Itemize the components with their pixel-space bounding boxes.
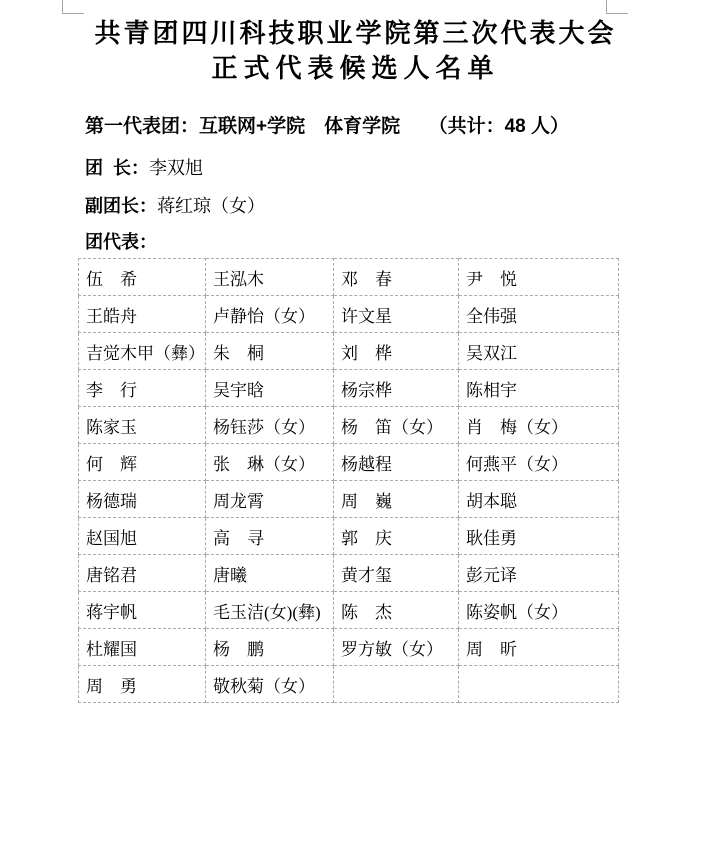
delegate-name-cell — [459, 666, 619, 703]
delegate-name-cell: 郭 庆 — [334, 518, 459, 555]
delegate-name-cell: 李 行 — [79, 370, 206, 407]
leader-label: 团 长： — [85, 158, 149, 178]
table-row: 赵国旭高 寻郭 庆耿佳勇 — [79, 518, 619, 555]
delegate-name-cell: 赵国旭 — [79, 518, 206, 555]
title-line-1: 共青团四川科技职业学院第三次代表大会 — [0, 16, 711, 51]
delegate-name-cell: 杨 笛（女） — [334, 407, 459, 444]
title-line-2: 正式代表候选人名单 — [0, 51, 711, 86]
delegate-name-cell: 杨德瑞 — [79, 481, 206, 518]
table-row: 杨德瑞周龙霄周 巍胡本聪 — [79, 481, 619, 518]
document-title: 共青团四川科技职业学院第三次代表大会 正式代表候选人名单 — [0, 16, 711, 86]
text-boundary-mark-left — [62, 0, 84, 14]
delegate-name-cell: 胡本聪 — [459, 481, 619, 518]
delegate-name-cell: 何燕平（女） — [459, 444, 619, 481]
delegates-table-body: 伍 希王泓木邓 春尹 悦王皓舟卢静怡（女）许文星全伟强吉觉木甲（彝）朱 桐刘 桦… — [79, 259, 619, 703]
table-row: 周 勇敬秋菊（女） — [79, 666, 619, 703]
deputy-leader-line: 副团长：蒋红琼（女） — [85, 194, 265, 218]
document-page: 共青团四川科技职业学院第三次代表大会 正式代表候选人名单 第一代表团：互联网+学… — [0, 0, 711, 850]
leader-name: 李双旭 — [149, 158, 203, 178]
delegate-name-cell: 毛玉洁(女)(彝) — [206, 592, 334, 629]
table-row: 李 行吴宇晗杨宗桦陈相宇 — [79, 370, 619, 407]
table-row: 蒋宇帆毛玉洁(女)(彝)陈 杰陈姿帆（女） — [79, 592, 619, 629]
delegate-name-cell: 朱 桐 — [206, 333, 334, 370]
delegate-name-cell: 周龙霄 — [206, 481, 334, 518]
delegate-name-cell: 陈 杰 — [334, 592, 459, 629]
deputy-leader-name: 蒋红琼（女） — [157, 196, 265, 216]
table-row: 何 辉张 琳（女）杨越程何燕平（女） — [79, 444, 619, 481]
leader-line: 团 长：李双旭 — [85, 156, 203, 180]
delegate-name-cell: 陈家玉 — [79, 407, 206, 444]
delegate-name-cell: 杨钰莎（女） — [206, 407, 334, 444]
delegate-name-cell: 陈相宇 — [459, 370, 619, 407]
table-row: 吉觉木甲（彝）朱 桐刘 桦吴双江 — [79, 333, 619, 370]
delegate-name-cell: 罗方敏（女） — [334, 629, 459, 666]
delegate-name-cell: 张 琳（女） — [206, 444, 334, 481]
delegate-name-cell: 何 辉 — [79, 444, 206, 481]
delegate-name-cell: 吴宇晗 — [206, 370, 334, 407]
delegate-name-cell: 全伟强 — [459, 296, 619, 333]
delegate-name-cell: 王皓舟 — [79, 296, 206, 333]
delegate-name-cell: 周 昕 — [459, 629, 619, 666]
text-boundary-mark-right — [606, 0, 628, 14]
delegate-name-cell: 高 寻 — [206, 518, 334, 555]
delegate-name-cell: 王泓木 — [206, 259, 334, 296]
delegate-name-cell: 邓 春 — [334, 259, 459, 296]
delegates-label-line: 团代表： — [85, 230, 157, 254]
delegate-name-cell: 周 巍 — [334, 481, 459, 518]
delegates-label: 团代表： — [85, 232, 157, 252]
delegate-name-cell: 杜耀国 — [79, 629, 206, 666]
delegate-name-cell: 吴双江 — [459, 333, 619, 370]
delegate-name-cell: 肖 梅（女） — [459, 407, 619, 444]
delegate-name-cell: 黄才玺 — [334, 555, 459, 592]
delegate-name-cell: 杨 鹏 — [206, 629, 334, 666]
table-row: 伍 希王泓木邓 春尹 悦 — [79, 259, 619, 296]
delegate-name-cell: 唐曦 — [206, 555, 334, 592]
table-row: 杜耀国杨 鹏罗方敏（女）周 昕 — [79, 629, 619, 666]
delegate-name-cell: 许文星 — [334, 296, 459, 333]
delegate-name-cell: 敬秋菊（女） — [206, 666, 334, 703]
delegate-name-cell: 唐铭君 — [79, 555, 206, 592]
delegate-name-cell: 吉觉木甲（彝） — [79, 333, 206, 370]
delegate-name-cell — [334, 666, 459, 703]
delegate-name-cell: 耿佳勇 — [459, 518, 619, 555]
delegate-name-cell: 杨宗桦 — [334, 370, 459, 407]
delegate-name-cell: 蒋宇帆 — [79, 592, 206, 629]
delegate-name-cell: 彭元译 — [459, 555, 619, 592]
table-row: 王皓舟卢静怡（女）许文星全伟强 — [79, 296, 619, 333]
delegation-heading: 第一代表团：互联网+学院 体育学院 （共计：48 人） — [85, 115, 569, 139]
delegate-name-cell: 周 勇 — [79, 666, 206, 703]
delegate-name-cell: 尹 悦 — [459, 259, 619, 296]
deputy-leader-label: 副团长： — [85, 196, 157, 216]
delegate-name-cell: 卢静怡（女） — [206, 296, 334, 333]
table-row: 唐铭君唐曦黄才玺彭元译 — [79, 555, 619, 592]
delegate-name-cell: 伍 希 — [79, 259, 206, 296]
delegates-table: 伍 希王泓木邓 春尹 悦王皓舟卢静怡（女）许文星全伟强吉觉木甲（彝）朱 桐刘 桦… — [78, 258, 619, 703]
delegate-name-cell: 陈姿帆（女） — [459, 592, 619, 629]
delegate-name-cell: 刘 桦 — [334, 333, 459, 370]
table-row: 陈家玉杨钰莎（女）杨 笛（女）肖 梅（女） — [79, 407, 619, 444]
delegate-name-cell: 杨越程 — [334, 444, 459, 481]
